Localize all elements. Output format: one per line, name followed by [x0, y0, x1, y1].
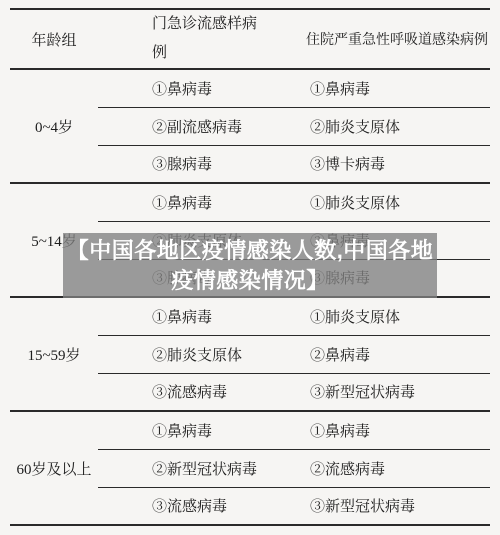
- table-row: 60岁及以上 ①鼻病毒 ①鼻病毒: [10, 411, 490, 449]
- hospitalized-cell: ③新型冠状病毒: [254, 373, 490, 411]
- outpatient-cell: ①鼻病毒: [98, 411, 254, 449]
- watermark-line-2: 疫情感染情况】: [171, 266, 329, 296]
- hospitalized-cell: ③博卡病毒: [254, 145, 490, 183]
- outpatient-cell: ②肺炎支原体: [98, 335, 254, 373]
- outpatient-cell: ①鼻病毒: [98, 69, 254, 107]
- hospitalized-cell: ②鼻病毒: [254, 335, 490, 373]
- outpatient-cell: ②副流感病毒: [98, 107, 254, 145]
- table-row: 15~59岁 ①鼻病毒 ①肺炎支原体: [10, 297, 490, 335]
- watermark-line-1: 【中国各地区疫情感染人数,中国各地: [67, 236, 434, 266]
- hospitalized-cell: ①肺炎支原体: [254, 297, 490, 335]
- age-group-label: 60岁及以上: [10, 411, 98, 525]
- outpatient-cell: ①鼻病毒: [98, 183, 254, 221]
- outpatient-cell: ③腺病毒: [98, 145, 254, 183]
- header-outpatient-ili: 门急诊流感样病例: [98, 9, 254, 69]
- screenshot-root: 年龄组 门急诊流感样病例 住院严重急性呼吸道感染病例 0~4岁 ①鼻病毒 ①鼻病…: [0, 0, 500, 535]
- outpatient-cell: ③流感病毒: [98, 487, 254, 525]
- hospitalized-cell: ②肺炎支原体: [254, 107, 490, 145]
- hospitalized-cell: ①鼻病毒: [254, 69, 490, 107]
- age-group-label: 15~59岁: [10, 297, 98, 411]
- outpatient-cell: ②新型冠状病毒: [98, 449, 254, 487]
- header-age-group: 年龄组: [10, 9, 98, 69]
- header-hospitalized-sari: 住院严重急性呼吸道感染病例: [254, 9, 490, 69]
- table-row: 5~14岁 ①鼻病毒 ①肺炎支原体: [10, 183, 490, 221]
- age-group-label: 0~4岁: [10, 69, 98, 183]
- hospitalized-cell: ②流感病毒: [254, 449, 490, 487]
- outpatient-cell: ①鼻病毒: [98, 297, 254, 335]
- header-outpatient-ili-label: 门急诊流感样病例: [152, 10, 262, 68]
- hospitalized-cell: ③新型冠状病毒: [254, 487, 490, 525]
- hospitalized-cell: ①肺炎支原体: [254, 183, 490, 221]
- watermark-overlay: 【中国各地区疫情感染人数,中国各地 疫情感染情况】: [63, 233, 437, 298]
- table-row: 0~4岁 ①鼻病毒 ①鼻病毒: [10, 69, 490, 107]
- outpatient-cell: ③流感病毒: [98, 373, 254, 411]
- hospitalized-cell: ①鼻病毒: [254, 411, 490, 449]
- table-header-row: 年龄组 门急诊流感样病例 住院严重急性呼吸道感染病例: [10, 9, 490, 69]
